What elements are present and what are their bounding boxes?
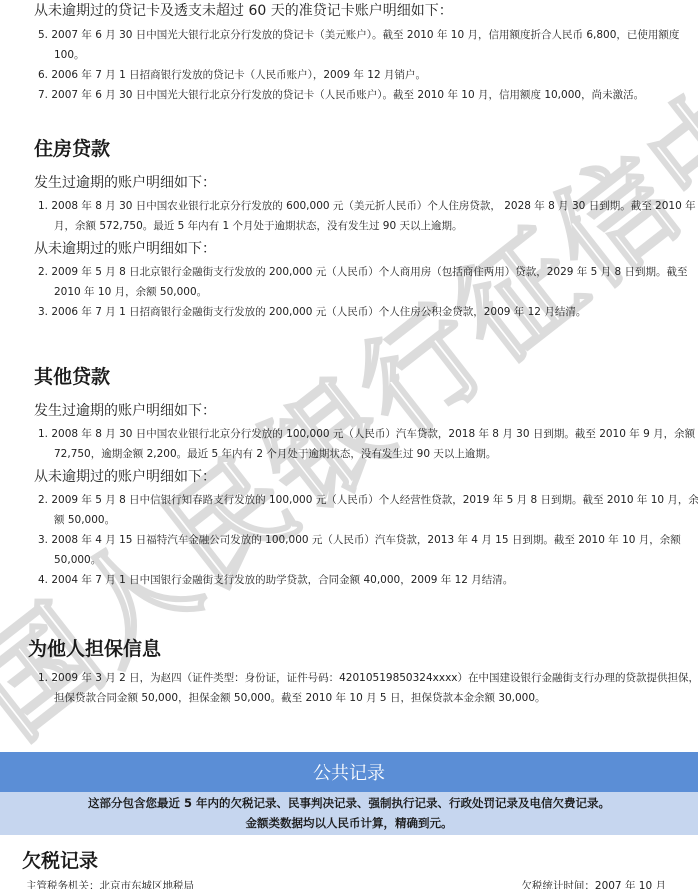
public-records-title: 公共记录 [313, 759, 385, 785]
overdue-heading: 发生过逾期的账户明细如下： [34, 172, 698, 194]
public-records-header: 公共记录 [0, 752, 698, 792]
description-line-1: 这部分包含您最近 5 年内的欠税记录、民事判决记录、强制执行记录、行政处罚记录及… [0, 793, 698, 813]
list-item: 1. 2008 年 8 月 30 日中国农业银行北京分行发放的 600,000 … [38, 196, 698, 236]
other-loans-section: 其他贷款 发生过逾期的账户明细如下： 1. 2008 年 8 月 30 日中国农… [0, 364, 698, 590]
section-title: 住房贷款 [34, 136, 698, 162]
section-title: 其他贷款 [34, 364, 698, 390]
never-overdue-heading: 从未逾期过的账户明细如下： [34, 466, 698, 488]
never-overdue-heading: 从未逾期过的贷记卡及透支未超过 60 天的准贷记卡账户明细如下： [34, 0, 698, 22]
list-item: 5. 2007 年 6 月 30 日中国光大银行北京分行发放的贷记卡（美元账户）… [38, 25, 698, 65]
description-line-2: 金额类数据均以人民币计算，精确到元。 [0, 813, 698, 833]
list-item: 7. 2007 年 6 月 30 日中国光大银行北京分行发放的贷记卡（人民币账户… [38, 85, 698, 105]
tax-authority: 主管税务机关：北京市东城区地税局 [26, 878, 194, 889]
list-item: 3. 2008 年 4 月 15 日福特汽车金融公司发放的 100,000 元（… [38, 530, 698, 570]
list-item: 6. 2006 年 7 月 1 日招商银行发放的贷记卡（人民币账户），2009 … [38, 65, 698, 85]
list-item: 4. 2004 年 7 月 1 日中国银行金融街支行发放的助学贷款，合同金额 4… [38, 570, 698, 590]
section-title: 为他人担保信息 [28, 636, 698, 662]
list-item: 1. 2008 年 8 月 30 日中国农业银行北京分行发放的 100,000 … [38, 424, 698, 464]
list-item: 1. 2009 年 3 月 2 日，为赵四（证件类型：身份证，证件号码：4201… [38, 668, 698, 708]
public-records-description: 这部分包含您最近 5 年内的欠税记录、民事判决记录、强制执行记录、行政处罚记录及… [0, 792, 698, 835]
list-item: 3. 2006 年 7 月 1 日招商银行金融街支行发放的 200,000 元（… [38, 302, 698, 322]
guarantees-section: 为他人担保信息 1. 2009 年 3 月 2 日，为赵四（证件类型：身份证，证… [0, 636, 698, 708]
tax-arrears-title: 欠税记录 [22, 846, 98, 873]
list-item: 2. 2009 年 5 月 8 日北京银行金融街支行发放的 200,000 元（… [38, 262, 698, 302]
overdue-heading: 发生过逾期的账户明细如下： [34, 400, 698, 422]
tax-arrears-info-row: 主管税务机关：北京市东城区地税局 欠税统计时间：2007 年 10 月 [26, 878, 666, 889]
list-item: 2. 2009 年 5 月 8 日中信银行知春路支行发放的 100,000 元（… [38, 490, 698, 530]
housing-loans-section: 住房贷款 发生过逾期的账户明细如下： 1. 2008 年 8 月 30 日中国农… [0, 136, 698, 322]
never-overdue-heading: 从未逾期过的账户明细如下： [34, 238, 698, 260]
tax-stat-time: 欠税统计时间：2007 年 10 月 [521, 878, 666, 889]
credit-card-section: 从未逾期过的贷记卡及透支未超过 60 天的准贷记卡账户明细如下： 5. 2007… [0, 0, 698, 105]
